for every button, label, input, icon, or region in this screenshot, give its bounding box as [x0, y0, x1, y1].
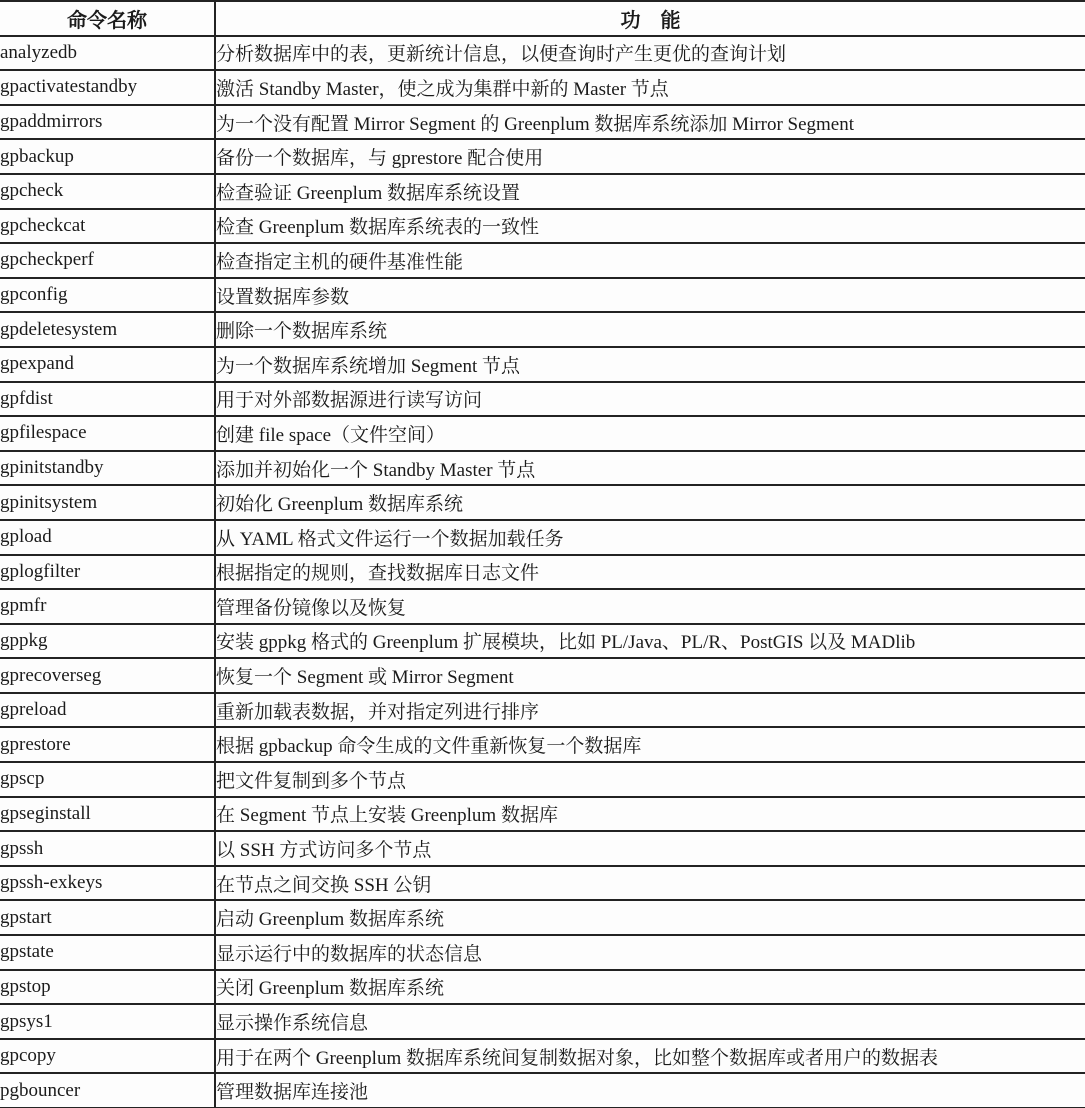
table-row: gpactivatestandby 激活 Standby Master，使之成为…	[0, 70, 1085, 105]
command-name-cell: gpcheckperf	[0, 243, 215, 278]
command-description-cell: 分析数据库中的表，更新统计信息，以便查询时产生更优的查询计划	[215, 36, 1085, 71]
command-name-cell: gpbackup	[0, 139, 215, 174]
command-name-cell: gpmfr	[0, 589, 215, 624]
command-description-cell: 显示操作系统信息	[215, 1004, 1085, 1039]
table-row: gpssh 以 SSH 方式访问多个节点	[0, 831, 1085, 866]
command-description-cell: 备份一个数据库，与 gprestore 配合使用	[215, 139, 1085, 174]
table-row: gpstart 启动 Greenplum 数据库系统	[0, 900, 1085, 935]
command-description-cell: 关闭 Greenplum 数据库系统	[215, 970, 1085, 1005]
table-row: gpbackup 备份一个数据库，与 gprestore 配合使用	[0, 139, 1085, 174]
table-row: gpcheck 检查验证 Greenplum 数据库系统设置	[0, 174, 1085, 209]
table-row: gprecoverseg 恢复一个 Segment 或 Mirror Segme…	[0, 658, 1085, 693]
command-name-cell: gpcopy	[0, 1039, 215, 1074]
command-name-cell: gpfdist	[0, 382, 215, 417]
table-row: gpcopy 用于在两个 Greenplum 数据库系统间复制数据对象，比如整个…	[0, 1039, 1085, 1074]
table-row: gpstop 关闭 Greenplum 数据库系统	[0, 970, 1085, 1005]
table-row: gpinitsystem 初始化 Greenplum 数据库系统	[0, 485, 1085, 520]
command-description-cell: 为一个数据库系统增加 Segment 节点	[215, 347, 1085, 382]
command-description-cell: 重新加载表数据，并对指定列进行排序	[215, 693, 1085, 728]
table-row: gpstate 显示运行中的数据库的状态信息	[0, 935, 1085, 970]
header-row: 命令名称 功 能	[0, 1, 1085, 36]
command-name-cell: gpssh-exkeys	[0, 866, 215, 901]
command-name-cell: gpinitsystem	[0, 485, 215, 520]
command-description-cell: 根据指定的规则，查找数据库日志文件	[215, 555, 1085, 590]
commands-table: 命令名称 功 能 analyzedb 分析数据库中的表，更新统计信息，以便查询时…	[0, 0, 1085, 1108]
command-name-cell: gpseginstall	[0, 797, 215, 832]
command-description-cell: 检查指定主机的硬件基准性能	[215, 243, 1085, 278]
command-name-cell: gpreload	[0, 693, 215, 728]
command-name-cell: analyzedb	[0, 36, 215, 71]
table-row: gplogfilter 根据指定的规则，查找数据库日志文件	[0, 555, 1085, 590]
command-name-cell: gplogfilter	[0, 555, 215, 590]
command-description-cell: 删除一个数据库系统	[215, 312, 1085, 347]
command-description-cell: 显示运行中的数据库的状态信息	[215, 935, 1085, 970]
table-row: gpsys1 显示操作系统信息	[0, 1004, 1085, 1039]
command-name-cell: gpinitstandby	[0, 451, 215, 486]
table-row: gpload 从 YAML 格式文件运行一个数据加载任务	[0, 520, 1085, 555]
table-row: gpmfr 管理备份镜像以及恢复	[0, 589, 1085, 624]
table-row: gpexpand 为一个数据库系统增加 Segment 节点	[0, 347, 1085, 382]
table-row: gpaddmirrors 为一个没有配置 Mirror Segment 的 Gr…	[0, 105, 1085, 140]
command-name-cell: gprestore	[0, 727, 215, 762]
command-name-cell: gpfilespace	[0, 416, 215, 451]
command-name-cell: gpexpand	[0, 347, 215, 382]
command-name-cell: gppkg	[0, 624, 215, 659]
command-name-cell: gpactivatestandby	[0, 70, 215, 105]
command-description-cell: 在 Segment 节点上安装 Greenplum 数据库	[215, 797, 1085, 832]
command-description-cell: 检查验证 Greenplum 数据库系统设置	[215, 174, 1085, 209]
header-function: 功 能	[215, 1, 1085, 36]
scanned-document-page: 命令名称 功 能 analyzedb 分析数据库中的表，更新统计信息，以便查询时…	[0, 0, 1085, 1108]
command-description-cell: 把文件复制到多个节点	[215, 762, 1085, 797]
table-row: gpreload 重新加载表数据，并对指定列进行排序	[0, 693, 1085, 728]
header-command-name: 命令名称	[0, 1, 215, 36]
command-description-cell: 以 SSH 方式访问多个节点	[215, 831, 1085, 866]
command-name-cell: gpaddmirrors	[0, 105, 215, 140]
command-description-cell: 从 YAML 格式文件运行一个数据加载任务	[215, 520, 1085, 555]
table-row: gpfilespace 创建 file space（文件空间）	[0, 416, 1085, 451]
table-row: gppkg 安装 gppkg 格式的 Greenplum 扩展模块，比如 PL/…	[0, 624, 1085, 659]
command-description-cell: 用于在两个 Greenplum 数据库系统间复制数据对象，比如整个数据库或者用户…	[215, 1039, 1085, 1074]
command-description-cell: 安装 gppkg 格式的 Greenplum 扩展模块，比如 PL/Java、P…	[215, 624, 1085, 659]
command-description-cell: 管理备份镜像以及恢复	[215, 589, 1085, 624]
table-row: analyzedb 分析数据库中的表，更新统计信息，以便查询时产生更优的查询计划	[0, 36, 1085, 71]
command-name-cell: gpcheck	[0, 174, 215, 209]
command-name-cell: gpsys1	[0, 1004, 215, 1039]
command-name-cell: pgbouncer	[0, 1073, 215, 1108]
command-description-cell: 用于对外部数据源进行读写访问	[215, 382, 1085, 417]
table-row: gpinitstandby 添加并初始化一个 Standby Master 节点	[0, 451, 1085, 486]
command-description-cell: 为一个没有配置 Mirror Segment 的 Greenplum 数据库系统…	[215, 105, 1085, 140]
command-name-cell: gpssh	[0, 831, 215, 866]
table-row: gpdeletesystem 删除一个数据库系统	[0, 312, 1085, 347]
command-description-cell: 激活 Standby Master，使之成为集群中新的 Master 节点	[215, 70, 1085, 105]
command-name-cell: gpdeletesystem	[0, 312, 215, 347]
table-body: analyzedb 分析数据库中的表，更新统计信息，以便查询时产生更优的查询计划…	[0, 36, 1085, 1108]
table-row: gpseginstall 在 Segment 节点上安装 Greenplum 数…	[0, 797, 1085, 832]
command-description-cell: 管理数据库连接池	[215, 1073, 1085, 1108]
table-row: gpconfig 设置数据库参数	[0, 278, 1085, 313]
command-description-cell: 恢复一个 Segment 或 Mirror Segment	[215, 658, 1085, 693]
command-description-cell: 在节点之间交换 SSH 公钥	[215, 866, 1085, 901]
command-name-cell: gprecoverseg	[0, 658, 215, 693]
command-description-cell: 设置数据库参数	[215, 278, 1085, 313]
command-description-cell: 根据 gpbackup 命令生成的文件重新恢复一个数据库	[215, 727, 1085, 762]
command-name-cell: gpcheckcat	[0, 209, 215, 244]
command-name-cell: gpstop	[0, 970, 215, 1005]
table-row: gpcheckperf 检查指定主机的硬件基准性能	[0, 243, 1085, 278]
command-description-cell: 添加并初始化一个 Standby Master 节点	[215, 451, 1085, 486]
command-name-cell: gpconfig	[0, 278, 215, 313]
command-name-cell: gpstate	[0, 935, 215, 970]
table-row: pgbouncer 管理数据库连接池	[0, 1073, 1085, 1108]
command-name-cell: gpscp	[0, 762, 215, 797]
command-name-cell: gpstart	[0, 900, 215, 935]
table-row: gpfdist 用于对外部数据源进行读写访问	[0, 382, 1085, 417]
command-description-cell: 创建 file space（文件空间）	[215, 416, 1085, 451]
command-description-cell: 启动 Greenplum 数据库系统	[215, 900, 1085, 935]
table-row: gprestore 根据 gpbackup 命令生成的文件重新恢复一个数据库	[0, 727, 1085, 762]
command-description-cell: 检查 Greenplum 数据库系统表的一致性	[215, 209, 1085, 244]
table-row: gpscp 把文件复制到多个节点	[0, 762, 1085, 797]
table-row: gpcheckcat 检查 Greenplum 数据库系统表的一致性	[0, 209, 1085, 244]
table-row: gpssh-exkeys 在节点之间交换 SSH 公钥	[0, 866, 1085, 901]
command-name-cell: gpload	[0, 520, 215, 555]
command-description-cell: 初始化 Greenplum 数据库系统	[215, 485, 1085, 520]
